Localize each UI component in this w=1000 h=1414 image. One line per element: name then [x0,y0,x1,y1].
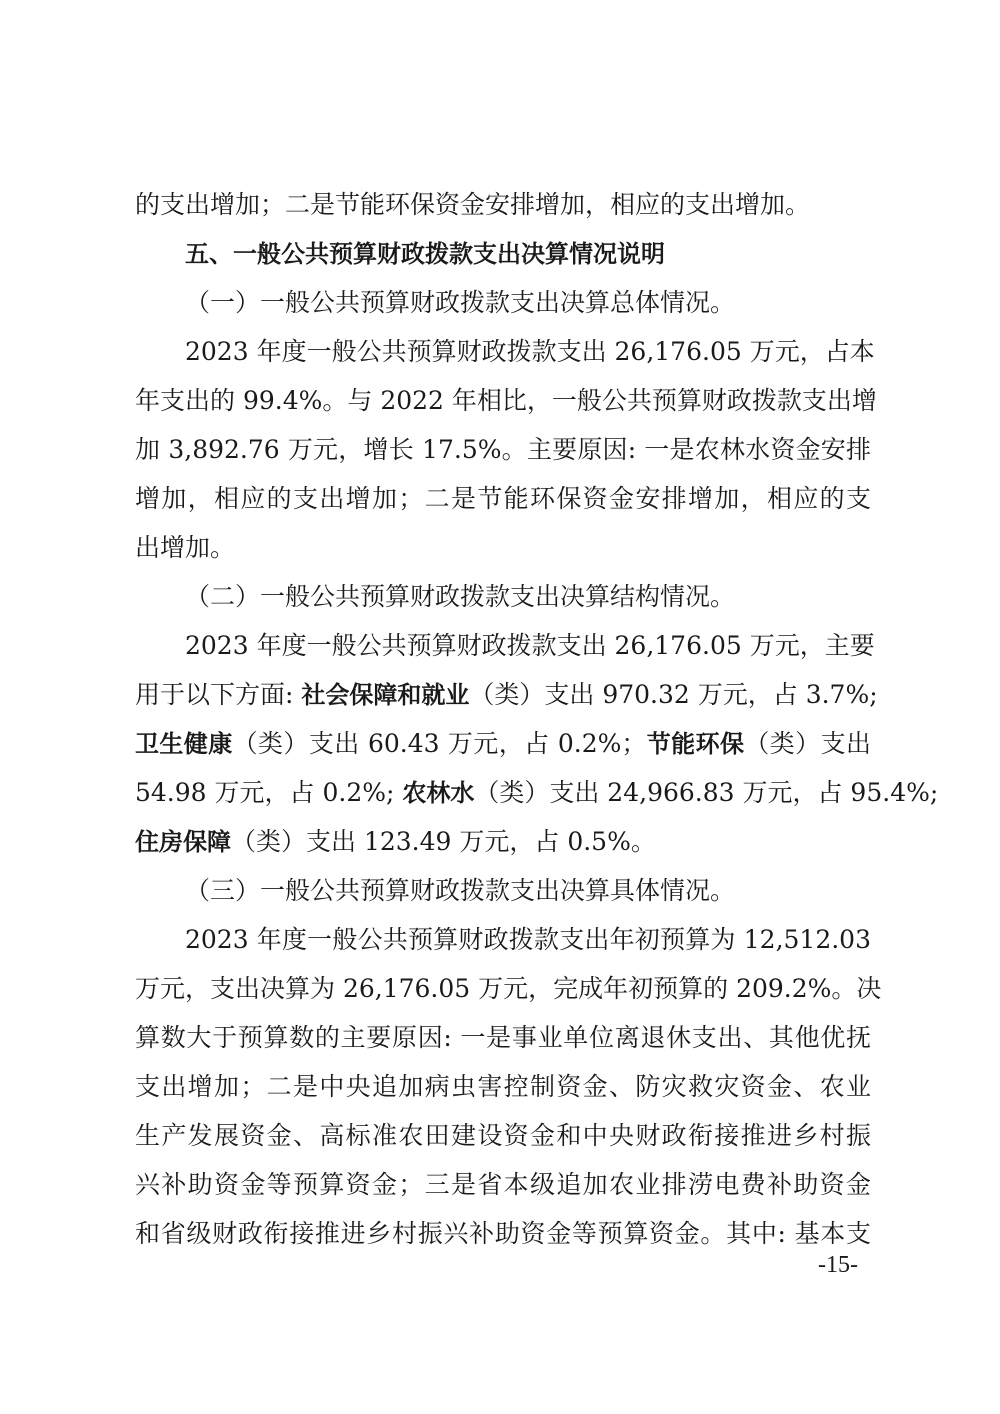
text-run: （类）支出 60.43 万元，占 0.2%； [233,729,647,758]
subsection-heading: （一）一般公共预算财政拨款支出决算总体情况。 [185,283,871,323]
category-label-energy-environment: 节能环保 [646,730,744,758]
paragraph-line: 和省级财政衔接推进乡村振兴补助资金等预算资金。其中: 基本支 [135,1214,871,1254]
paragraph-line: 卫生健康（类）支出 60.43 万元，占 0.2%；节能环保（类）支出 [135,724,871,764]
category-label-health: 卫生健康 [135,730,233,758]
paragraph-line: 的支出增加；二是节能环保资金安排增加，相应的支出增加。 [135,185,871,225]
category-label-social-security: 社会保障和就业 [301,681,469,709]
text-run: （类）支出 123.49 万元，占 0.5%。 [231,827,656,856]
document-page: 的支出增加；二是节能环保资金安排增加，相应的支出增加。 五、一般公共预算财政拨款… [0,0,1000,1414]
paragraph-line: 支出增加；二是中央追加病虫害控制资金、防灾救灾资金、农业 [135,1067,871,1107]
paragraph-line: 出增加。 [135,528,871,568]
category-label-agriculture: 农林水 [402,779,474,807]
category-label-housing: 住房保障 [135,828,231,856]
paragraph-line: 住房保障（类）支出 123.49 万元，占 0.5%。 [135,822,871,862]
paragraph-line: 生产发展资金、高标准农田建设资金和中央财政衔接推进乡村振 [135,1116,871,1156]
paragraph-line: 用于以下方面: 社会保障和就业（类）支出 970.32 万元，占 3.7%; [135,675,871,715]
subsection-heading: （三）一般公共预算财政拨款支出决算具体情况。 [185,871,871,911]
paragraph-line: 2023 年度一般公共预算财政拨款支出年初预算为 12,512.03 [185,920,871,960]
paragraph-line: 增加，相应的支出增加；二是节能环保资金安排增加，相应的支 [135,479,871,519]
paragraph-line: 加 3,892.76 万元，增长 17.5%。主要原因: 一是农林水资金安排 [135,430,871,470]
text-run: （类）支出 [744,729,871,758]
paragraph-line: 2023 年度一般公共预算财政拨款支出 26,176.05 万元，占本 [185,332,871,372]
paragraph-line: 年支出的 99.4%。与 2022 年相比，一般公共预算财政拨款支出增 [135,381,871,421]
paragraph-line: 54.98 万元，占 0.2%; 农林水（类）支出 24,966.83 万元，占… [135,773,871,813]
text-run: 54.98 万元，占 0.2%; [135,778,402,807]
paragraph-line: 万元，支出决算为 26,176.05 万元，完成年初预算的 209.2%。决 [135,969,871,1009]
paragraph-line: 兴补助资金等预算资金；三是省本级追加农业排涝电费补助资金 [135,1165,871,1205]
paragraph-line: 2023 年度一般公共预算财政拨款支出 26,176.05 万元，主要 [185,626,871,666]
text-run: （类）支出 24,966.83 万元，占 95.4%; [474,778,938,807]
paragraph-line: 算数大于预算数的主要原因: 一是事业单位离退休支出、其他优抚 [135,1018,871,1058]
text-run: 用于以下方面: [135,680,301,709]
subsection-heading: （二）一般公共预算财政拨款支出决算结构情况。 [185,577,871,617]
section-heading: 五、一般公共预算财政拨款支出决算情况说明 [185,234,871,274]
text-run: （类）支出 970.32 万元，占 3.7%; [469,680,877,709]
page-number: -15- [818,1252,858,1279]
